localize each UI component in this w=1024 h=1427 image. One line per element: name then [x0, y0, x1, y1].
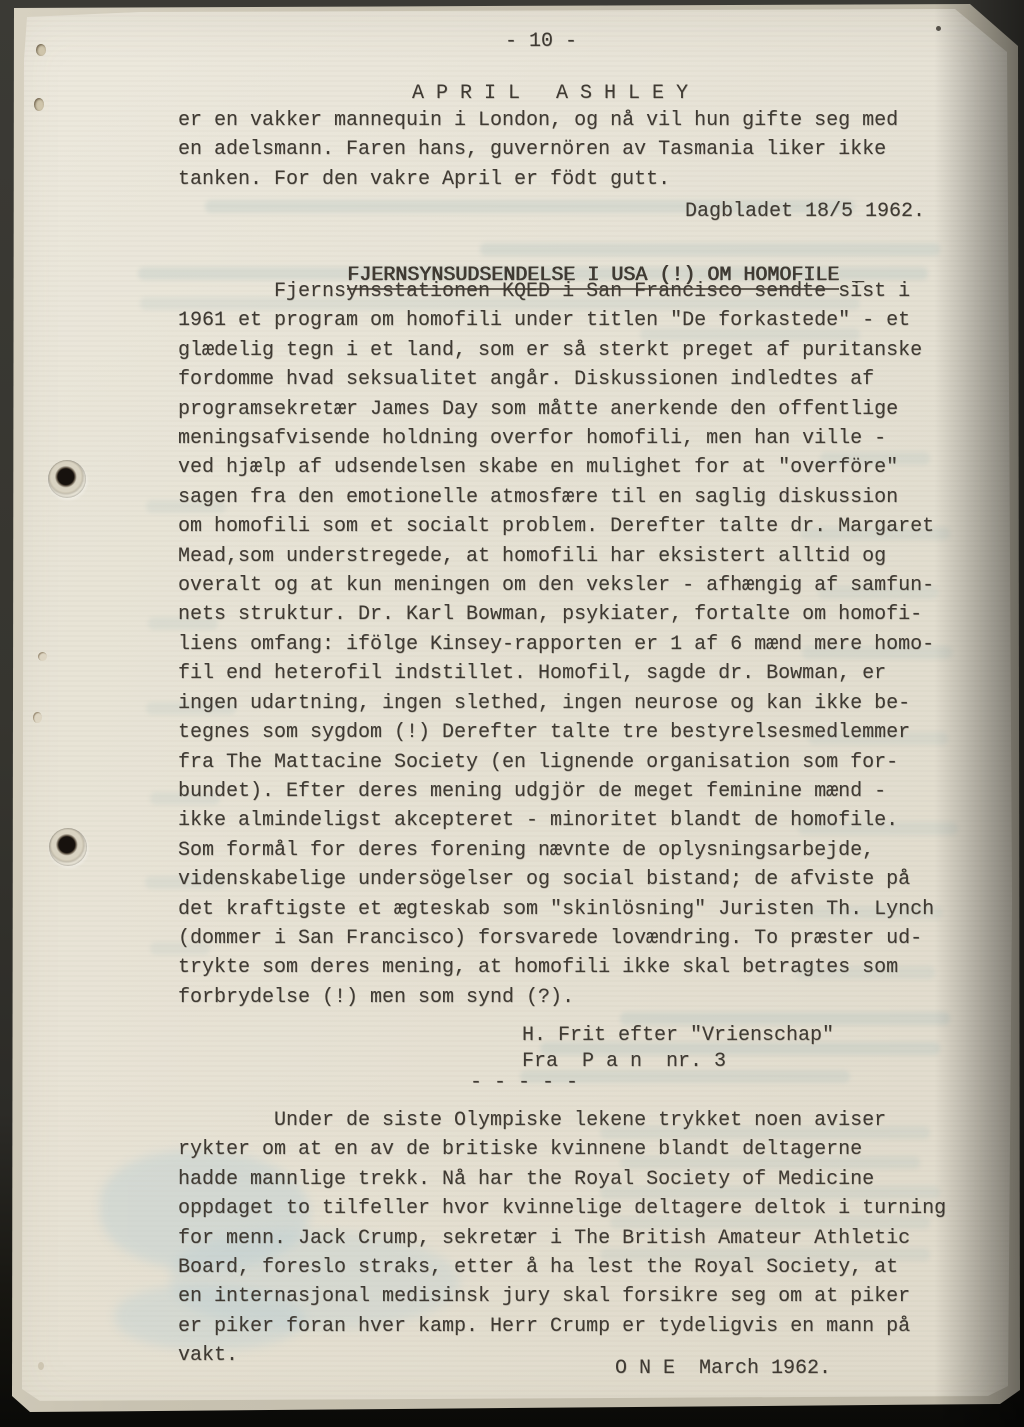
- section-divider: - - - - -: [470, 1068, 578, 1097]
- text-line: fra The Mattacine Society (en lignende o…: [178, 748, 934, 777]
- text-line: videnskabelige undersögelser og social b…: [178, 865, 934, 894]
- text-line: om homofili som et socialt problem. Dere…: [178, 512, 934, 541]
- paper-speck: [38, 1362, 44, 1370]
- text-line: H. Frit efter "Vrienschap": [522, 1023, 834, 1049]
- text-line: programsekretær James Day som måtte aner…: [178, 395, 934, 424]
- attribution: H. Frit efter "Vrienschap"Fra P a n nr. …: [522, 1023, 834, 1074]
- text-line: nets struktur. Dr. Karl Bowman, psykiate…: [178, 600, 934, 629]
- text-line: fordomme hvad seksualitet angår. Diskuss…: [178, 365, 934, 394]
- olympics-paragraph: Under de siste Olympiske lekene trykket …: [178, 1106, 946, 1371]
- text-line: oppdaget to tilfeller hvor kvinnelige de…: [178, 1194, 946, 1223]
- text-line: fil end heterofil indstillet. Homofil, s…: [178, 659, 934, 688]
- text-line: Under de siste Olympiske lekene trykket …: [178, 1106, 946, 1135]
- intro-paragraph: er en vakker mannequin i London, og nå v…: [178, 106, 898, 194]
- text-line: (dommer i San Francisco) forsvarede lovæ…: [178, 924, 934, 953]
- text-line: ved hjælp af udsendelsen skabe en muligh…: [178, 453, 934, 482]
- text-line: Som formål for deres forening nævnte de …: [178, 836, 934, 865]
- text-line: tegnes som sygdom (!) Derefter talte tre…: [178, 718, 934, 747]
- text-line: rykter om at en av de britiske kvinnene …: [178, 1135, 946, 1164]
- paper-speck: [936, 26, 941, 31]
- text-line: sagen fra den emotionelle atmosfære til …: [178, 483, 934, 512]
- text-line: ikke almindeligst akcepteret - minoritet…: [178, 806, 934, 835]
- text-line: for menn. Jack Crump, sekretær i The Bri…: [178, 1224, 946, 1253]
- staple-mark: [34, 98, 44, 111]
- punch-hole: [48, 460, 86, 498]
- source-citation-one: O N E March 1962.: [615, 1354, 831, 1383]
- text-line: forbrydelse (!) men som synd (?).: [178, 983, 934, 1012]
- scanned-page: - 10 - A P R I L A S H L E Y er en vakke…: [0, 0, 1024, 1427]
- text-line: er piker foran hver kamp. Herr Crump er …: [178, 1312, 946, 1341]
- paper-speck: [38, 652, 47, 661]
- text-line: ingen udartning, ingen slethed, ingen ne…: [178, 689, 934, 718]
- article-body: Fjernsynsstationen KQED i San Francisco …: [178, 277, 934, 1012]
- text-line: meningsafvisende holdning overfor homofi…: [178, 424, 934, 453]
- source-citation-dagbladet: Dagbladet 18/5 1962.: [685, 197, 925, 226]
- punch-hole: [49, 828, 87, 866]
- text-line: en internasjonal medisinsk jury skal for…: [178, 1282, 946, 1311]
- text-line: det kraftigste et ægteskab som "skinlösn…: [178, 895, 934, 924]
- scanner-bed: - 10 - A P R I L A S H L E Y er en vakke…: [0, 0, 1024, 1427]
- text-line: overalt og at kun meningen om den veksle…: [178, 571, 934, 600]
- text-line: liens omfang: ifölge Kinsey-rapporten er…: [178, 630, 934, 659]
- text-line: en adelsmann. Faren hans, guvernören av …: [178, 135, 898, 164]
- text-line: Board, foreslo straks, etter å ha lest t…: [178, 1253, 946, 1282]
- text-line: trykte som deres mening, at homofili ikk…: [178, 953, 934, 982]
- staple-mark: [36, 44, 46, 56]
- text-line: hadde mannlige trekk. Nå har the Royal S…: [178, 1165, 946, 1194]
- paper-speck: [33, 712, 42, 723]
- article-title: A P R I L A S H L E Y: [412, 79, 688, 108]
- text-line: Fjernsynsstationen KQED i San Francisco …: [178, 277, 934, 306]
- text-line: bundet). Efter deres mening udgjör de me…: [178, 777, 934, 806]
- text-line: 1961 et program om homofili under titlen…: [178, 306, 934, 335]
- page-number: - 10 -: [505, 27, 577, 56]
- text-line: tanken. For den vakre April er födt gutt…: [178, 165, 898, 194]
- text-line: Mead,som understregede, at homofili har …: [178, 542, 934, 571]
- text-line: er en vakker mannequin i London, og nå v…: [178, 106, 898, 135]
- text-line: glædelig tegn i et land, som er så sterk…: [178, 336, 934, 365]
